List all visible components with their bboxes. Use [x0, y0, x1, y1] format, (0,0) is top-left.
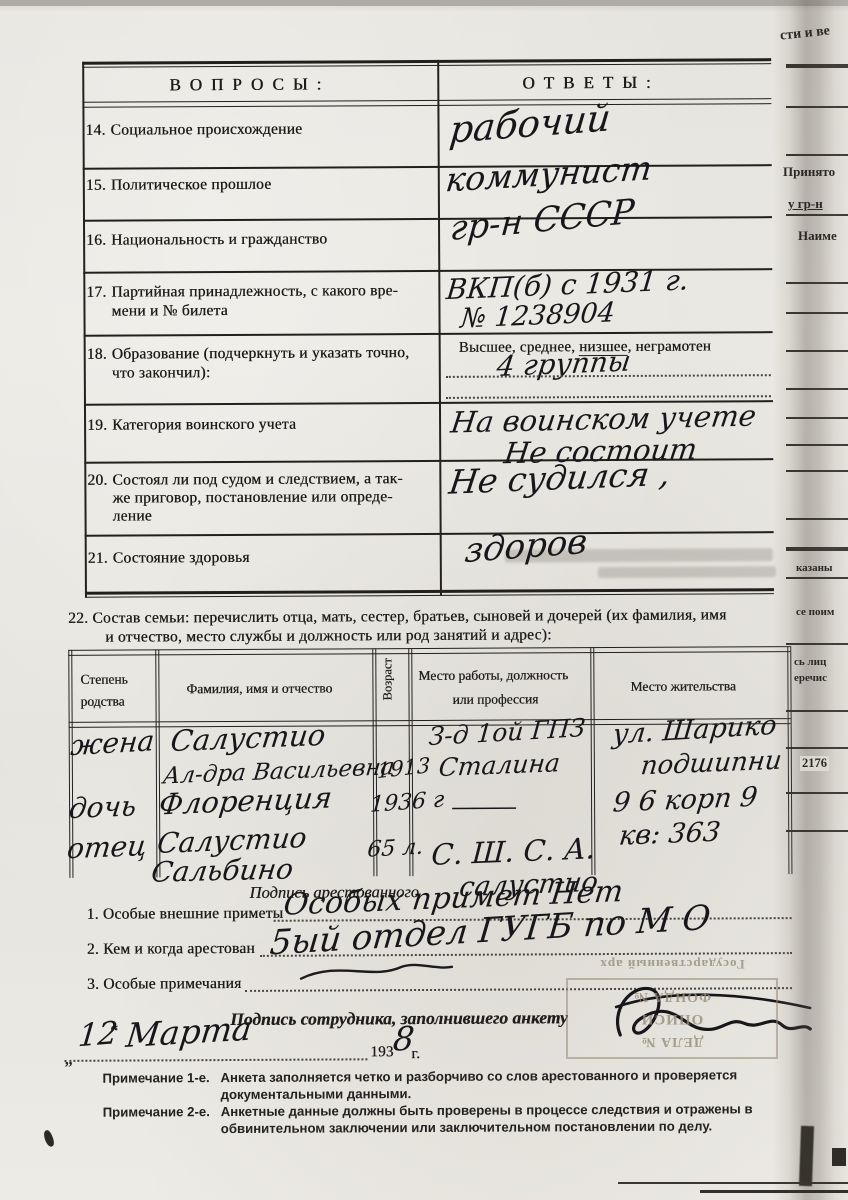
family-table-top-rule	[68, 646, 790, 656]
adjacent-text-lits: сь лиц	[794, 656, 826, 668]
dotted-line	[446, 395, 771, 399]
adjacent-text-erechis: еречис	[794, 672, 827, 684]
table-top-rule	[82, 58, 771, 68]
a20-handwriting: Не судился ,	[447, 457, 672, 499]
a16-handwriting: гр-н СССР	[449, 195, 636, 246]
q16-number: 16.	[86, 232, 106, 250]
q14-text: Социальное происхождение	[110, 121, 302, 140]
q18-option-post: , неграмотен	[627, 338, 711, 354]
family-header-relation-1: Степень	[80, 672, 127, 688]
dotted-line	[64, 1058, 367, 1062]
date-month-handwriting: Марта	[124, 1011, 253, 1052]
ink-blot	[42, 1129, 56, 1148]
table-divider-rule	[437, 60, 442, 596]
q15-text: Политическое прошлое	[111, 176, 272, 195]
footnote-1-text: Анкета заполняется четко и разборчиво со…	[220, 1066, 792, 1103]
item3-label: 3. Особые примечания	[87, 975, 242, 994]
family-work-daughter-dash: ———	[451, 795, 514, 819]
bleedthrough-smudge	[598, 566, 776, 578]
q18-number: 18.	[87, 346, 107, 364]
scan-edge-blob	[832, 1148, 846, 1166]
q21-text: Состояние здоровья	[113, 549, 250, 568]
row-rule	[83, 216, 772, 222]
adjacent-text-prinyato: Принято	[783, 164, 835, 180]
bleedthrough-archive-stamp: ДЕЛА № ОПИСИ ФОНДА № Государственный арх	[566, 956, 778, 1059]
family-name-daughter: Флоренция	[157, 783, 333, 819]
family-address-line2: подшипни	[639, 748, 783, 780]
family-address-line1: ул. Шарико	[611, 712, 777, 749]
stamp-line-delo: ДЕЛА №	[572, 1033, 772, 1049]
adjacent-text-grn: у гр-н	[788, 196, 823, 212]
date-g-label: г.	[411, 1046, 420, 1063]
a14-handwriting: рабочий	[448, 99, 613, 148]
q14-number: 14.	[85, 122, 105, 140]
q19-text: Категория воинского учета	[112, 416, 296, 435]
scan-edge-line	[700, 1190, 848, 1193]
a17-handwriting-line2: № 1238904	[459, 299, 616, 332]
a19-handwriting-line1: На воинском учете	[449, 402, 758, 438]
table-left-rule	[82, 62, 87, 598]
q15-number: 15.	[86, 177, 106, 195]
date-year-printed: 193	[370, 1044, 393, 1061]
q17-text-line2: мени и № билета	[111, 302, 227, 321]
family-address-line4: кв: 363	[618, 819, 722, 850]
table-bottom-rule	[85, 588, 774, 598]
stamp-line-header: Государственный арх	[566, 956, 778, 972]
family-header-relation-2: родства	[80, 694, 124, 710]
family-name-wife-1: Салустио	[169, 721, 327, 756]
header-bottom-rule	[82, 98, 771, 108]
q20-text-line3: ление	[113, 507, 152, 525]
q16-text: Национальность и гражданство	[111, 231, 327, 250]
adjacent-text-naime: Наиме	[798, 228, 837, 244]
row-rule	[85, 531, 774, 537]
item1-label: 1. Особые внешние приметы	[87, 905, 284, 924]
questions-header: ВОПРОСЫ:	[169, 74, 330, 95]
q21-number: 21.	[88, 550, 108, 568]
q18-text-line2: что закончил):	[112, 364, 211, 383]
stamp-line-fonda: ФОНДА №	[572, 988, 772, 1004]
binding-gutter-shadow	[772, 0, 848, 1200]
q17-text-line1: Партийная принадлежность, с какого вре-	[111, 282, 398, 302]
date-open-quote: „	[64, 1048, 72, 1069]
family-header-residence: Место жительства	[630, 678, 736, 695]
answers-header: ОТВЕТЫ:	[522, 73, 659, 94]
family-work-father: С. Ш. С. А.	[430, 834, 596, 870]
q20-number: 20.	[87, 472, 107, 490]
stamp-box: ДЕЛА № ОПИСИ ФОНДА №	[566, 978, 778, 1059]
family-intro-line1: 22. Состав семьи: перечислить отца, мать…	[68, 606, 726, 627]
q18-text-line1: Образование (подчеркнуть и указать точно…	[112, 344, 410, 364]
q17-number: 17.	[86, 284, 106, 302]
family-relation-wife: жена	[69, 727, 155, 760]
family-header-work-2: или профессия	[452, 691, 538, 707]
footnote-1-label: Примечание 1-е.	[102, 1069, 209, 1087]
a15-handwriting: коммунист	[444, 151, 654, 196]
scan-edge-streak	[799, 1126, 814, 1186]
family-relation-father: отец	[66, 832, 149, 863]
item3-pen-squiggle	[297, 958, 457, 985]
family-header-age: Возраст	[380, 658, 395, 700]
q20-text-line1: Состоял ли под судом и следствием, а так…	[112, 470, 403, 490]
adjacent-text-kazany: казаны	[796, 562, 833, 574]
family-work-wife-1: З-д 1ой ГПЗ	[428, 715, 587, 749]
family-header-name: Фамилия, имя и отчество	[186, 680, 332, 697]
archive-page-number: 2176	[800, 756, 829, 771]
family-age-daughter: 1936 г	[369, 789, 444, 817]
family-age-wife: 1913	[377, 755, 431, 782]
q20-text-line2: же приговор, постановление или опреде-	[112, 488, 392, 507]
item2-label: 2. Кем и когда арестован	[87, 940, 255, 959]
stamp-line-opisi: ОПИСИ	[572, 1010, 772, 1027]
family-header-work-1: Место работы, должность	[418, 667, 568, 684]
date-close-quote: “	[110, 1022, 118, 1043]
row-rule	[83, 164, 772, 170]
q19-number: 19.	[87, 417, 107, 435]
a21-handwriting: здоров	[463, 525, 589, 569]
family-age-father: 65 л.	[366, 836, 424, 861]
footnote-2-label: Примечание 2-е.	[103, 1103, 210, 1121]
family-intro-line2: и отчество, место службы и должность или…	[105, 626, 552, 646]
scanned-arrest-questionnaire: ВОПРОСЫ: ОТВЕТЫ: 14. Социальное происхож…	[0, 0, 848, 1200]
adjacent-text-poim: се поим	[796, 606, 834, 618]
family-relation-daughter: дочь	[67, 792, 138, 823]
family-address-line3: 9 6 корп 9	[612, 784, 759, 817]
scan-edge-line	[618, 1182, 848, 1184]
row-rule	[84, 331, 773, 337]
footnote-2-text: Анкетные данные должны быть проверены в …	[221, 1100, 793, 1137]
footnote-1: Примечание 1-е. Анкета заполняется четко…	[102, 1066, 792, 1070]
family-work-wife-2: Сталина	[438, 750, 562, 780]
